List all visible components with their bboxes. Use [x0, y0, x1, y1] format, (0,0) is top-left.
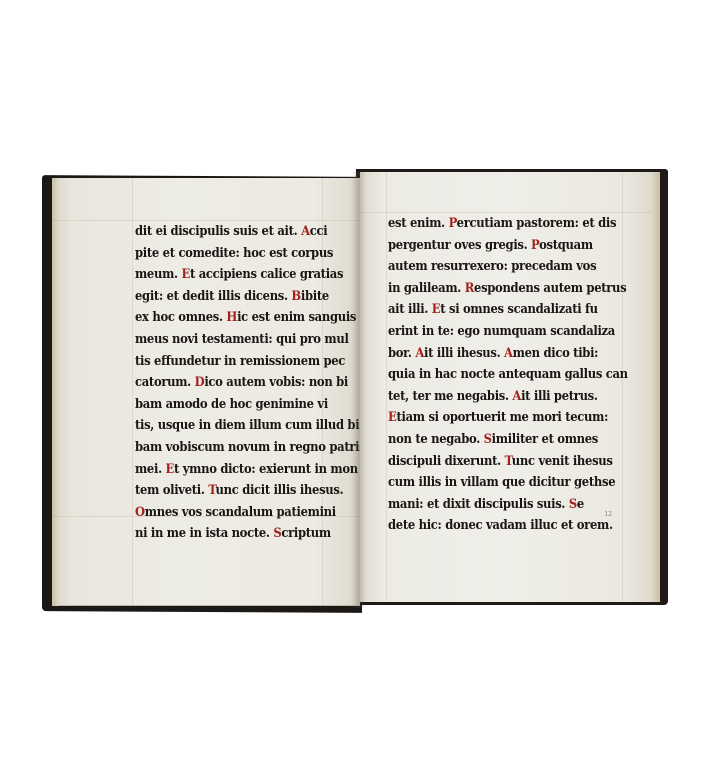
book-gutter	[352, 172, 366, 608]
text-line: meus novi testamenti: qui pro mul	[135, 328, 347, 350]
text-line: dit ei discipulis suis et ait. Acci	[135, 220, 347, 242]
text-line: tem oliveti. Tunc dicit illis ihesus.	[135, 479, 347, 501]
folio-mark: 12	[604, 511, 612, 518]
text-line: meum. Et accipiens calice gratias	[135, 263, 347, 285]
text-line: pite et comedite: hoc est corpus	[135, 242, 347, 264]
text-line: tis, usque in diem illum cum illud bi	[135, 414, 347, 436]
text-line: discipuli dixerunt. Tunc venit ihesus	[388, 450, 600, 472]
text-line: ait illi. Et si omnes scandalizati fu	[388, 298, 600, 320]
manuscript-page-left: dit ei discipulis suis et ait. Acci pite…	[52, 178, 360, 606]
text-line: ex hoc omnes. Hic est enim sanguis	[135, 306, 347, 328]
photo-scene: dit ei discipulis suis et ait. Acci pite…	[0, 0, 710, 780]
text-line: erint in te: ego numquam scandaliza	[388, 320, 600, 342]
text-line: est enim. Percutiam pastorem: et dis	[388, 212, 600, 234]
text-line: non te negabo. Similiter et omnes	[388, 428, 600, 450]
text-line: in galileam. Respondens autem petrus	[388, 277, 600, 299]
text-line: dete hic: donec vadam illuc et orem.	[388, 514, 600, 536]
text-line: mani: et dixit discipulis suis. Se	[388, 493, 600, 515]
text-line: catorum. Dico autem vobis: non bi	[135, 371, 347, 393]
text-line: bor. Ait illi ihesus. Amen dico tibi:	[388, 342, 600, 364]
right-page-text-block: est enim. Percutiam pastorem: et dis per…	[388, 212, 618, 536]
text-line: tis effundetur in remissionem pec	[135, 350, 347, 372]
text-line: cum illis in villam que dicitur gethse	[388, 471, 600, 493]
manuscript-page-right: est enim. Percutiam pastorem: et dis per…	[360, 172, 660, 602]
text-line: pergentur oves gregis. Postquam	[388, 234, 600, 256]
text-line: Omnes vos scandalum patiemini	[135, 501, 347, 523]
text-line: quia in hac nocte antequam gallus can	[388, 363, 600, 385]
ruling-line	[386, 172, 387, 602]
ruling-line	[132, 178, 133, 606]
text-line: autem resurrexero: precedam vos	[388, 255, 600, 277]
text-line: ni in me in ista nocte. Scriptum	[135, 522, 347, 544]
text-line: bam amodo de hoc genimine vi	[135, 393, 347, 415]
text-line: mei. Et ymno dicto: exierunt in mon	[135, 458, 347, 480]
ruling-line	[622, 172, 623, 602]
text-line: bam vobiscum novum in regno patris	[135, 436, 347, 458]
text-line: egit: et dedit illis dicens. Bibite	[135, 285, 347, 307]
text-line: tet, ter me negabis. Ait illi petrus.	[388, 385, 600, 407]
text-line: Etiam si oportuerit me mori tecum:	[388, 406, 600, 428]
left-page-text-block: dit ei discipulis suis et ait. Acci pite…	[135, 220, 360, 544]
